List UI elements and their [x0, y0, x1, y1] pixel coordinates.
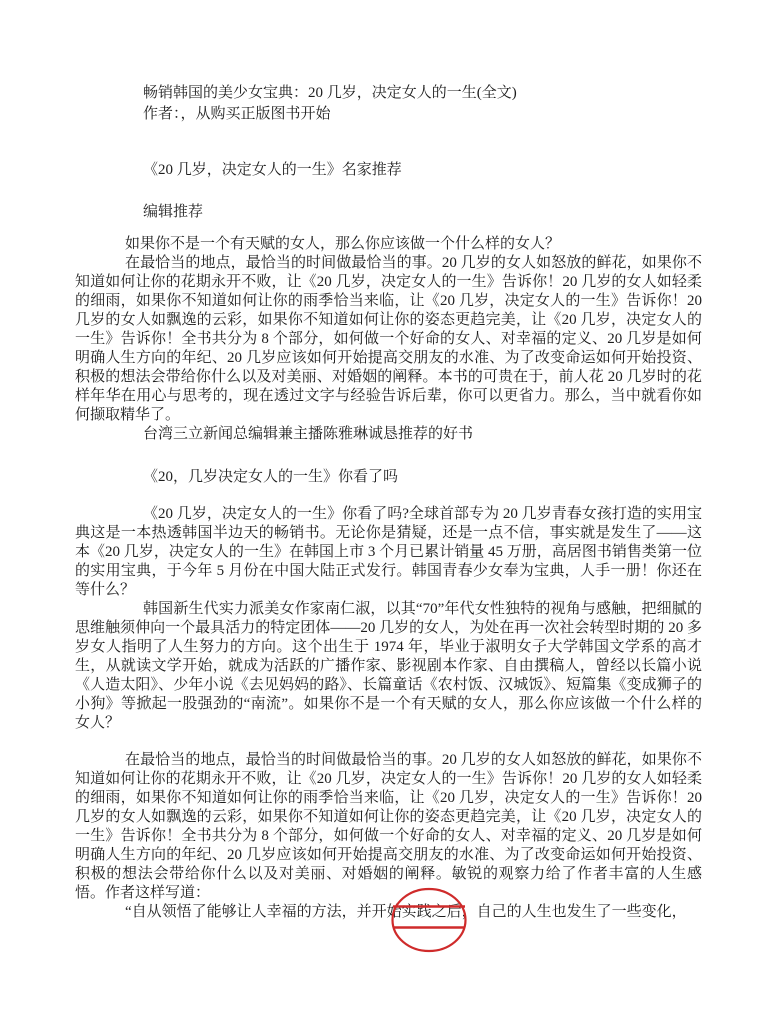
paragraph-author-bio: 韩国新生代实力派美女作家南仁淑，以其“70”年代女性独特的视角与感触，把细腻的思…: [75, 600, 702, 733]
document-title: 畅销韩国的美少女宝典：20 几岁，决定女人的一生(全文): [75, 84, 702, 103]
section-heading-celebrity-recommendation: 《20 几岁，决定女人的一生》名家推荐: [75, 161, 768, 180]
section-heading-have-you-read: 《20，几岁决定女人的一生》你看了吗: [75, 468, 768, 487]
body-section-1: 如果你不是一个有天赋的女人，那么你应该做一个什么样的女人？ 在最恰当的地点，最恰…: [75, 235, 702, 444]
body-section-2: 《20 几岁，决定女人的一生》你看了吗?全球首部专为 20 几岁青春女孩打造的实…: [75, 505, 702, 922]
document-page: 畅销韩国的美少女宝典：20 几岁，决定女人的一生(全文) 作者：，从购买正版图书…: [0, 0, 768, 1024]
paragraph-sales: 《20 几岁，决定女人的一生》你看了吗?全球首部专为 20 几岁青春女孩打造的实…: [75, 505, 702, 600]
paragraph-repeat: 在最恰当的地点，最恰当的时间做最恰当的事。20 几岁的女人如怒放的鲜花，如果你不…: [75, 751, 702, 903]
document-header: 畅销韩国的美少女宝典：20 几岁，决定女人的一生(全文) 作者：，从购买正版图书…: [75, 84, 702, 125]
section-heading-editor-recommendation: 编辑推荐: [75, 203, 768, 222]
paragraph-question: 如果你不是一个有天赋的女人，那么你应该做一个什么样的女人？: [75, 235, 702, 254]
paragraph-quote: “自从领悟了能够让人幸福的方法，并开始实践之后，自己的人生也发生了一些变化，: [75, 903, 702, 922]
recommender-line: 台湾三立新闻总编辑兼主播陈雅琳诚恳推荐的好书: [75, 425, 702, 444]
paragraph-intro: 在最恰当的地点，最恰当的时间做最恰当的事。20 几岁的女人如怒放的鲜花，如果你不…: [75, 254, 702, 425]
author-line: 作者：，从购买正版图书开始: [75, 103, 702, 125]
